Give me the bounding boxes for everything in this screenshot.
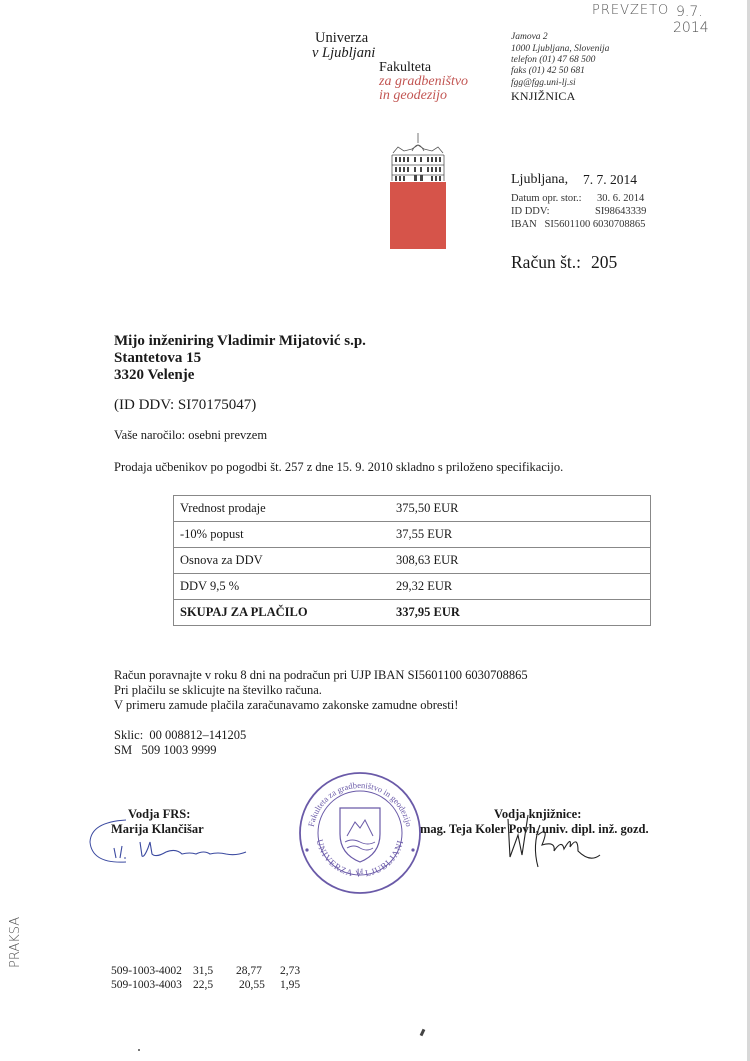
payment-model: SM 509 1003 9999	[114, 743, 216, 758]
row-spacer	[516, 496, 651, 522]
sale-description: Prodaja učbenikov po pogodbi št. 257 z d…	[114, 460, 563, 475]
university-city: v Ljubljani	[312, 45, 375, 62]
vat-id-label: ID DDV:	[511, 206, 550, 217]
left-signature-icon	[86, 812, 256, 872]
table-row: SKUPAJ ZA PLAČILO337,95 EUR	[174, 600, 651, 626]
row-value: 337,95 EUR	[376, 600, 516, 626]
service-date-label: Datum opr. stor.:	[511, 193, 582, 204]
row-spacer	[516, 548, 651, 574]
table-row: DDV 9,5 %29,32 EUR	[174, 574, 651, 600]
vat-id: SI98643339	[595, 206, 646, 217]
address-street: Jamova 2	[511, 32, 548, 43]
payment-reference-note: Pri plačilu se sklicujte na številko rač…	[114, 683, 322, 698]
handwritten-side-note: PRAKSA	[8, 917, 23, 968]
right-signature-icon	[500, 805, 610, 875]
official-stamp-icon: Fakulteta za gradbeništvo in geodezijo U…	[295, 770, 425, 900]
handwritten-date-year: 2014	[673, 20, 709, 36]
row-spacer	[516, 574, 651, 600]
department-name: KNJIŽNICA	[511, 89, 575, 104]
address-phone: telefon (01) 47 68 500	[511, 55, 595, 66]
breakdown-vat: 2,73	[280, 965, 300, 977]
scan-dot	[138, 1049, 140, 1051]
totals-table: Vrednost prodaje375,50 EUR-10% popust37,…	[173, 495, 651, 626]
university-building-logo-icon	[390, 131, 446, 239]
recipient-vat-id: (ID DDV: SI70175047)	[114, 397, 256, 414]
breakdown-vat: 1,95	[280, 979, 300, 991]
address-fax: faks (01) 42 50 681	[511, 66, 585, 77]
scan-mark	[420, 1029, 426, 1037]
recipient-street: Stantetova 15	[114, 350, 201, 367]
row-spacer	[516, 522, 651, 548]
row-label: -10% popust	[174, 522, 377, 548]
invoice-date: 7. 7. 2014	[583, 172, 637, 188]
breakdown-qty: 22,5	[193, 979, 213, 991]
breakdown-code: 509-1003-4002	[111, 965, 182, 977]
row-value: 308,63 EUR	[376, 548, 516, 574]
row-label: SKUPAJ ZA PLAČILO	[174, 600, 377, 626]
row-value: 375,50 EUR	[376, 496, 516, 522]
order-line: Vaše naročilo: osebni prevzem	[114, 428, 267, 443]
row-label: Osnova za DDV	[174, 548, 377, 574]
recipient-name: Mijo inženiring Vladimir Mijatović s.p.	[114, 333, 366, 350]
table-row: -10% popust37,55 EUR	[174, 522, 651, 548]
row-spacer	[516, 600, 651, 626]
table-row: Vrednost prodaje375,50 EUR	[174, 496, 651, 522]
row-label: DDV 9,5 %	[174, 574, 377, 600]
breakdown-qty: 31,5	[193, 965, 213, 977]
building-drawing-icon	[390, 131, 446, 181]
invoice-number-label: Račun št.:	[511, 252, 581, 273]
faculty-name-2: in geodezijo	[379, 88, 447, 104]
svg-text:11: 11	[356, 867, 364, 876]
university-name: Univerza	[315, 30, 368, 46]
payment-instruction: Račun poravnajte v roku 8 dni na podraču…	[114, 668, 528, 683]
address-city: 1000 Ljubljana, Slovenija	[511, 44, 609, 55]
handwritten-date-day: 9.7.	[676, 4, 703, 20]
iban: IBAN SI5601100 6030708865	[511, 219, 645, 230]
breakdown-base: 20,55	[239, 979, 265, 991]
row-value: 29,32 EUR	[376, 574, 516, 600]
table-row: Osnova za DDV308,63 EUR	[174, 548, 651, 574]
row-value: 37,55 EUR	[376, 522, 516, 548]
late-payment-note: V primeru zamude plačila zaračunavamo za…	[114, 698, 458, 713]
invoice-number: 205	[591, 252, 617, 273]
breakdown-base: 28,77	[236, 965, 262, 977]
payment-reference: Sklic: 00 008812–141205	[114, 728, 246, 743]
row-label: Vrednost prodaje	[174, 496, 377, 522]
invoice-place: Ljubljana,	[511, 172, 568, 188]
service-date: 30. 6. 2014	[597, 193, 644, 204]
handwritten-received-note: PREVZETO	[592, 3, 669, 18]
address-email: fgg@fgg.uni-lj.si	[511, 78, 576, 89]
recipient-city: 3320 Velenje	[114, 367, 194, 384]
breakdown-code: 509-1003-4003	[111, 979, 182, 991]
logo-red-block	[390, 182, 446, 249]
